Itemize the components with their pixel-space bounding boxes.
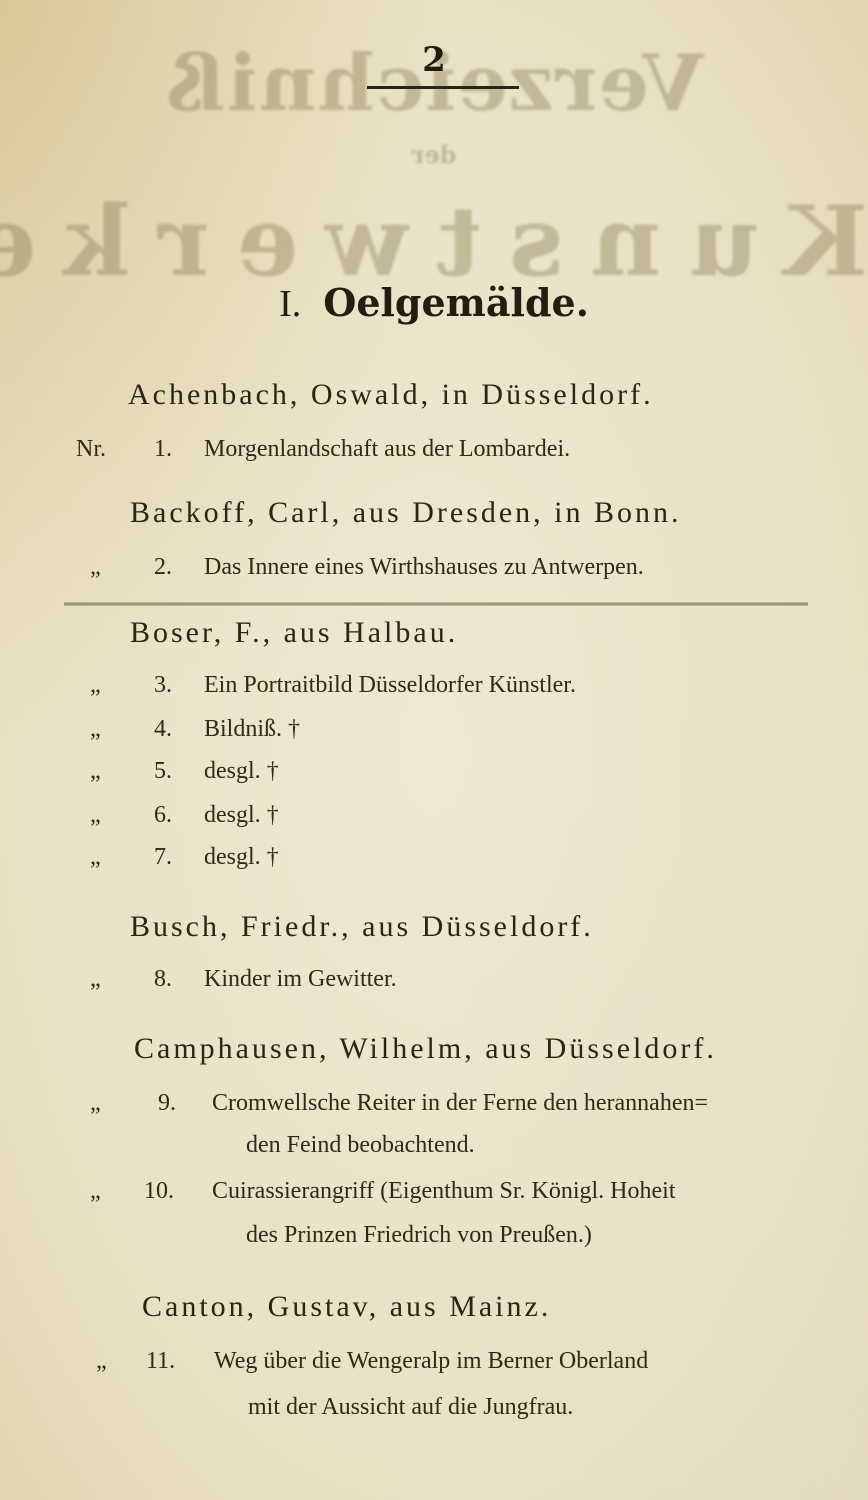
catalogue-entry: „ 7. desgl. † (90, 844, 810, 874)
entry-title: Bildniß. † (204, 716, 300, 743)
ditto-mark: „ (90, 966, 150, 993)
ditto-mark: „ (90, 1178, 150, 1205)
section-title-text: Oelgemälde. (323, 280, 589, 325)
entry-title: Das Innere eines Wirthshauses zu Antwerp… (204, 554, 644, 581)
entry-number: 5. (154, 758, 172, 785)
bleed-through-subheading: der (0, 140, 868, 169)
artist-heading: Busch, Friedr., aus Düsseldorf. (130, 910, 594, 944)
artist-heading: Camphausen, Wilhelm, aus Düsseldorf. (134, 1032, 717, 1066)
artist-heading: Canton, Gustav, aus Mainz. (142, 1290, 551, 1324)
entry-number: 11. (146, 1348, 175, 1375)
catalogue-entry: „ 8. Kinder im Gewitter. (90, 966, 810, 996)
ditto-mark: „ (90, 802, 150, 829)
artist-heading: Achenbach, Oswald, in Düsseldorf. (128, 378, 654, 412)
section-title: I.Oelgemälde. (0, 280, 868, 326)
entry-number: 9. (158, 1090, 176, 1117)
catalogue-entry: „ 9. Cromwellsche Reiter in der Ferne de… (90, 1090, 850, 1120)
entry-number: 2. (154, 554, 172, 581)
ditto-mark: „ (90, 844, 150, 871)
entry-title: Cromwellsche Reiter in der Ferne den her… (212, 1090, 708, 1117)
entry-continuation: mit der Aussicht auf die Jungfrau. (248, 1394, 573, 1421)
entry-title: Ein Portraitbild Düsseldorfer Künstler. (204, 672, 576, 699)
book-page: Verzeichniß der Kunstwerke 2 I.Oelgemäld… (0, 0, 868, 1500)
entry-title: desgl. † (204, 844, 279, 871)
catalogue-entry: „ 11. Weg über die Wengeralp im Berner O… (96, 1348, 856, 1378)
entry-number: 10. (144, 1178, 174, 1205)
catalogue-entry: „ 2. Das Innere eines Wirthshauses zu An… (90, 554, 810, 584)
catalogue-entry: Nr. 1. Morgenlandschaft aus der Lombarde… (76, 436, 796, 466)
catalogue-entry: „ 4. Bildniß. † (90, 716, 810, 746)
ditto-mark: „ (90, 672, 150, 699)
entry-title: desgl. † (204, 758, 279, 785)
section-divider (64, 602, 808, 606)
entry-number: 3. (154, 672, 172, 699)
entry-title: Weg über die Wengeralp im Berner Oberlan… (214, 1348, 648, 1375)
artist-heading: Boser, F., aus Halbau. (130, 616, 458, 650)
entry-continuation: den Feind beobachtend. (246, 1132, 475, 1159)
entry-title: Kinder im Gewitter. (204, 966, 397, 993)
entry-title: Cuirassierangriff (Eigenthum Sr. Königl.… (212, 1178, 676, 1205)
artist-heading: Backoff, Carl, aus Dresden, in Bonn. (130, 496, 682, 530)
section-numeral: I. (279, 283, 301, 325)
ditto-mark: „ (90, 758, 150, 785)
page-number: 2 (0, 40, 868, 80)
catalogue-entry: „ 5. desgl. † (90, 758, 810, 788)
entry-number: 4. (154, 716, 172, 743)
entry-continuation: des Prinzen Friedrich von Preußen.) (246, 1222, 592, 1249)
catalogue-entry: „ 3. Ein Portraitbild Düsseldorfer Künst… (90, 672, 810, 702)
entry-number: 6. (154, 802, 172, 829)
entry-number: 1. (154, 436, 172, 463)
ditto-mark: „ (90, 1090, 150, 1117)
entry-number: 8. (154, 966, 172, 993)
ditto-mark: „ (90, 554, 150, 581)
catalogue-entry: „ 10. Cuirassierangriff (Eigenthum Sr. K… (90, 1178, 850, 1208)
catalogue-entry: „ 6. desgl. † (90, 802, 810, 832)
entry-number: 7. (154, 844, 172, 871)
ditto-mark: „ (90, 716, 150, 743)
header-rule (367, 86, 519, 89)
entry-title: Morgenlandschaft aus der Lombardei. (204, 436, 570, 463)
entry-prefix: Nr. (76, 436, 136, 463)
entry-title: desgl. † (204, 802, 279, 829)
